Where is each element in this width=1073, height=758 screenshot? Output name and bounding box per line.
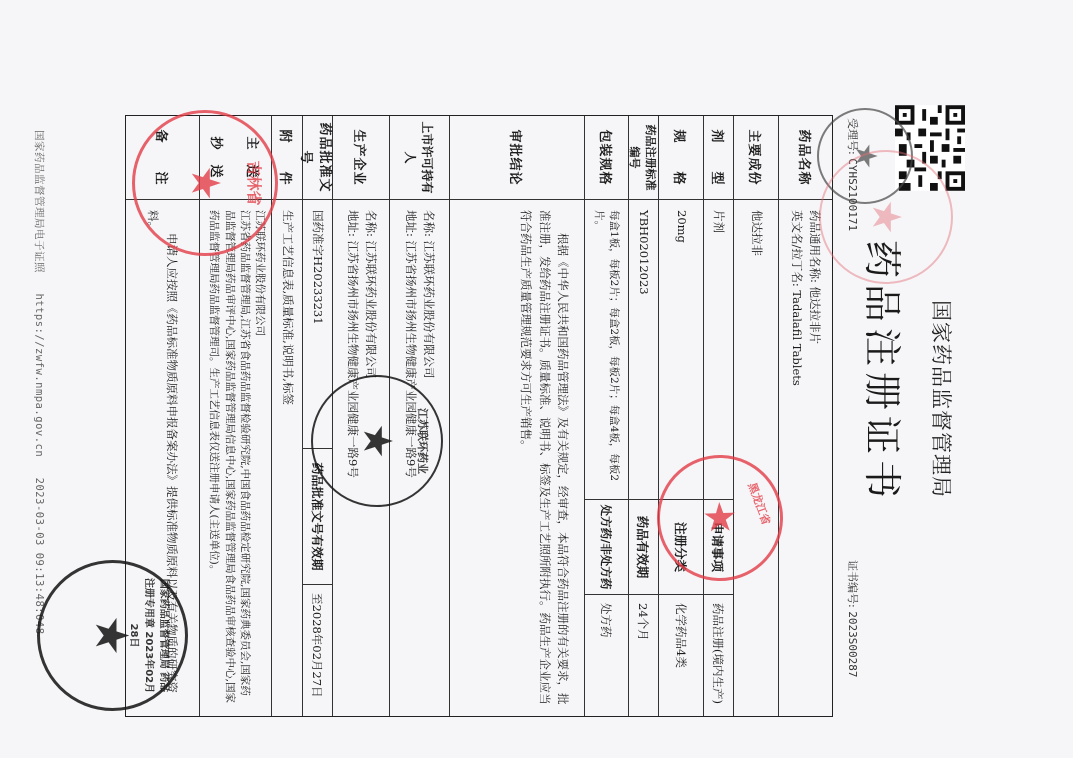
manufacturer-name: 名称: 江苏联环药业股份有限公司 <box>361 210 379 706</box>
english-name: 英文名/拉丁名: Tadalafil Tablets <box>788 210 806 706</box>
row-drug-name: 药品名称 药品通用名称: 他达拉非片 英文名/拉丁名: Tadalafil Ta… <box>778 116 832 716</box>
row-manufacturer: 生产企业 名称: 江苏联环药业股份有限公司 地址: 江苏省扬州市扬州生物健康产业… <box>332 116 389 716</box>
label-main-recipient: 主 送 <box>244 136 263 178</box>
row-remarks: 备 注 申请人应按照《药品标准物质原料申报备案办法》提供标准物质原料以及有关物质… <box>126 116 199 716</box>
generic-name: 药品通用名称: 他达拉非片 <box>806 210 824 706</box>
value-application: 药品注册(境内生产) <box>704 595 733 716</box>
value-main-recipient: 江苏联环药业股份有限公司 <box>252 210 267 706</box>
mah-address: 地址: 江苏省扬州市扬州生物健康产业园健康一路9号 <box>402 210 420 706</box>
label-attachments: 附 件 <box>272 116 302 200</box>
row-specification: 规 格 20mg 注册分类 化学药品4类 <box>658 116 703 716</box>
label-approval-validity: 药品批准文号有效期 <box>303 448 332 585</box>
footer-source: 国家药品监督管理局电子证照 <box>33 130 45 273</box>
label-dosage-form: 剂 型 <box>704 116 733 200</box>
value-standard-no: YBH02012023 <box>629 200 658 499</box>
label-standard-no: 药品注册标准编号 <box>629 116 658 200</box>
qr-code-icon <box>895 104 965 192</box>
row-ingredient: 主要成份 他达拉非 <box>733 116 778 716</box>
value-approval-validity: 至2028年02月27日 <box>303 585 332 716</box>
footer-timestamp: 2023-03-03 09:13:48:048 <box>33 478 45 635</box>
mah-name: 名称: 江苏联环药业股份有限公司 <box>420 210 438 706</box>
label-packaging: 包装规格 <box>585 116 628 200</box>
label-approval-no: 药品批准文号 <box>303 116 332 200</box>
label-conclusion: 审批结论 <box>450 116 584 200</box>
label-shelf-life: 药品有效期 <box>629 499 658 595</box>
value-attachments: 生产工艺信息表,质量标准,说明书,标签 <box>272 200 302 716</box>
label-drug-name: 药品名称 <box>779 116 832 200</box>
manufacturer-address: 地址: 江苏省扬州市扬州生物健康产业园健康一路9号 <box>343 210 361 706</box>
row-attachments: 附 件 生产工艺信息表,质量标准,说明书,标签 <box>271 116 302 716</box>
row-dosage-form: 剂 型 片剂 申请事项 药品注册(境内生产) <box>703 116 733 716</box>
value-dosage-form: 片剂 <box>704 200 733 499</box>
label-cc: 抄 送 <box>208 136 227 178</box>
row-mah: 上市许可持有人 名称: 江苏联环药业股份有限公司 地址: 江苏省扬州市扬州生物健… <box>389 116 449 716</box>
label-registration-class: 注册分类 <box>659 499 703 595</box>
footer: 国家药品监督管理局电子证照 https://zwfw.nmpa.gov.cn 2… <box>32 130 47 635</box>
value-shelf-life: 24个月 <box>629 595 658 716</box>
certificate-number: 证书编号: 2023S00287 <box>845 560 861 677</box>
certificate-page: 国家药品监督管理局 药品注册证书 受理号: CYHS2100171 证书编号: … <box>0 0 1073 758</box>
value-ingredient: 他达拉非 <box>734 200 778 716</box>
row-standard-no: 药品注册标准编号 YBH02012023 药品有效期 24个月 <box>628 116 658 716</box>
acceptance-number: 受理号: CYHS2100171 <box>845 118 861 231</box>
label-ingredient: 主要成份 <box>734 116 778 200</box>
label-application: 申请事项 <box>704 499 733 595</box>
value-approval-no: 国药准字H20233231 <box>303 200 332 448</box>
page-title: 药品注册证书 <box>858 240 913 504</box>
row-packaging: 包装规格 每盒1板，每板2片；每盒2板，每板2片；每盒4板，每板2片。 处方药/… <box>584 116 628 716</box>
value-registration-class: 化学药品4类 <box>659 595 703 716</box>
value-conclusion: 根据《中华人民共和国药品管理法》及有关规定，经审查，本品符合药品注册的有关要求，… <box>517 210 572 706</box>
label-remarks: 备 注 <box>126 116 199 200</box>
row-approval-no: 药品批准文号 国药准字H20233231 药品批准文号有效期 至2028年02月… <box>302 116 332 716</box>
value-packaging: 每盒1板，每板2片；每盒2板，每板2片；每盒4板，每板2片。 <box>585 200 628 499</box>
value-specification: 20mg <box>659 200 703 499</box>
row-conclusion: 审批结论 根据《中华人民共和国药品管理法》及有关规定，经审查，本品符合药品注册的… <box>449 116 584 716</box>
label-rx-status: 处方药/非处方药 <box>585 499 628 595</box>
registration-table: 药品名称 药品通用名称: 他达拉非片 英文名/拉丁名: Tadalafil Ta… <box>125 115 833 717</box>
footer-url: https://zwfw.nmpa.gov.cn <box>33 293 45 457</box>
label-manufacturer: 生产企业 <box>333 116 389 200</box>
value-remarks: 申请人应按照《药品标准物质原料申报备案办法》提供标准物质原料以及有关物质的研究资… <box>144 210 181 706</box>
row-distribution: 主 送 抄 送 江苏联环药业股份有限公司 江苏省药品监督管理局,江苏省食品药品监… <box>199 116 271 716</box>
value-cc: 江苏省药品监督管理局,江苏省食品药品监督检验研究院,中国食品药品检定研究院,国家… <box>206 210 252 706</box>
value-rx-status: 处方药 <box>585 595 628 716</box>
label-specification: 规 格 <box>659 116 703 200</box>
agency-name: 国家药品监督管理局 <box>927 300 957 498</box>
label-mah: 上市许可持有人 <box>390 116 449 200</box>
